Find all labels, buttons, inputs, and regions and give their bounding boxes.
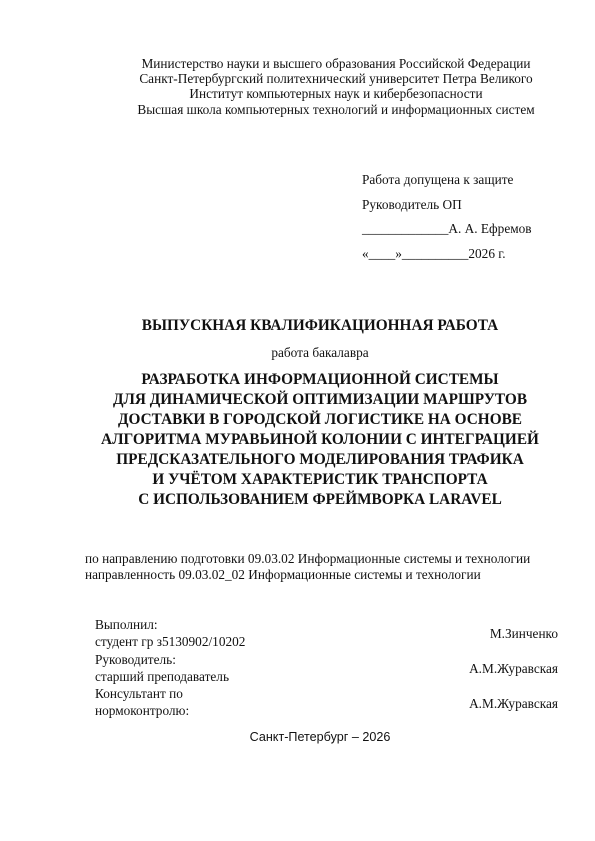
- ministry-line: Министерство науки и высшего образования…: [85, 56, 587, 71]
- direction-line: по направлению подготовки 09.03.02 Инфор…: [85, 551, 530, 567]
- work-type-heading: ВЫПУСКНАЯ КВАЛИФИКАЦИОННАЯ РАБОТА: [40, 316, 595, 336]
- consultant-label-cont: нормоконтролю:: [95, 702, 245, 719]
- topic-line: И УЧЁТОМ ХАРАКТЕРИСТИК ТРАНСПОРТА: [40, 470, 595, 490]
- topic-line: ПРЕДСКАЗАТЕЛЬНОГО МОДЕЛИРОВАНИЯ ТРАФИКА: [40, 450, 595, 470]
- thesis-topic: РАЗРАБОТКА ИНФОРМАЦИОННОЙ СИСТЕМЫ ДЛЯ ДИ…: [40, 370, 595, 510]
- topic-line: ДЛЯ ДИНАМИЧЕСКОЙ ОПТИМИЗАЦИИ МАРШРУТОВ: [40, 390, 595, 410]
- head-title: Руководитель ОП: [362, 196, 532, 221]
- institute-line: Институт компьютерных наук и кибербезопа…: [85, 86, 587, 101]
- approval-block: Работа допущена к защите Руководитель ОП…: [362, 171, 532, 269]
- supervisor-position: старший преподаватель: [95, 668, 245, 685]
- study-direction: по направлению подготовки 09.03.02 Инфор…: [85, 551, 530, 583]
- institution-header: Министерство науки и высшего образования…: [85, 56, 587, 117]
- school-line: Высшая школа компьютерных технологий и и…: [85, 102, 587, 117]
- student-group: студент гр з5130902/10202: [95, 633, 245, 650]
- admitted-text: Работа допущена к защите: [362, 171, 532, 196]
- author-label: Выполнил:: [95, 616, 245, 633]
- consultant-name: А.М.Журавская: [469, 695, 558, 730]
- supervisor-name: А.М.Журавская: [469, 660, 558, 695]
- topic-line: РАЗРАБОТКА ИНФОРМАЦИОННОЙ СИСТЕМЫ: [40, 370, 595, 390]
- signature-names: М.Зинченко А.М.Журавская А.М.Журавская: [469, 625, 558, 729]
- author-name: М.Зинченко: [469, 625, 558, 660]
- topic-line: С ИСПОЛЬЗОВАНИЕМ ФРЕЙМВОРКА LARAVEL: [40, 490, 595, 510]
- university-line: Санкт-Петербургский политехнический унив…: [85, 71, 587, 86]
- specialization-line: направленность 09.03.02_02 Информационны…: [85, 567, 530, 583]
- supervisor-label: Руководитель:: [95, 651, 245, 668]
- approval-date-line: «____»__________2026 г.: [362, 245, 532, 270]
- head-signature-line: _____________А. А. Ефремов: [362, 220, 532, 245]
- degree-text: работа бакалавра: [40, 344, 595, 362]
- topic-line: ДОСТАВКИ В ГОРОДСКОЙ ЛОГИСТИКЕ НА ОСНОВЕ: [40, 410, 595, 430]
- title-page: Министерство науки и высшего образования…: [0, 0, 595, 841]
- signature-labels: Выполнил: студент гр з5130902/10202 Руко…: [95, 616, 245, 720]
- consultant-label: Консультант по: [95, 685, 245, 702]
- city-year: Санкт-Петербург – 2026: [0, 729, 595, 745]
- topic-line: АЛГОРИТМА МУРАВЬИНОЙ КОЛОНИИ С ИНТЕГРАЦИ…: [40, 430, 595, 450]
